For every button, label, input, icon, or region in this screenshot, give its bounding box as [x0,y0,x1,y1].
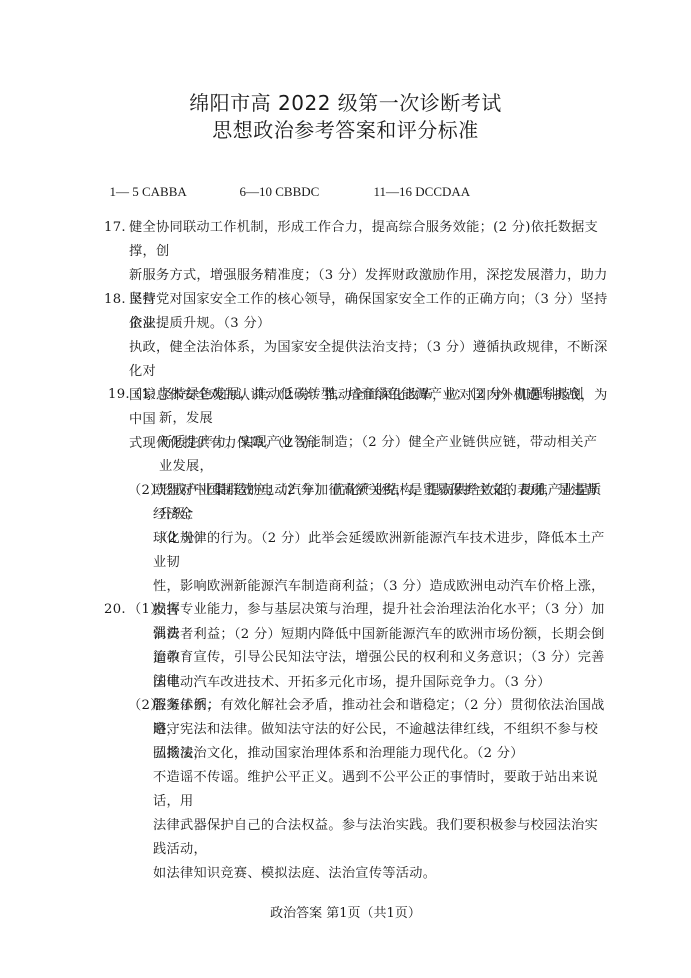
answer-text-part2: 答案示例： 遵守宪法和法律。做知法守法的好公民，不逾越法律红线，不组织不参与校园… [153,694,609,886]
answer-line: 执政，健全法治体系，为国家安全提供法治支持；（3 分）遵循执政规律，不断深化对 [129,336,609,384]
answer-line: 坚持党对国家安全工作的核心领导，确保国家安全工作的正确方向；（3 分）坚持依法 [129,288,609,336]
question-number: 20. [104,598,126,622]
question-number: 17. [104,216,126,240]
question-number: 18. [104,288,126,312]
choice-group-2: 6—10 CBBDC [240,184,374,200]
document-subtitle: 思想政治参考答案和评分标准 [0,114,691,143]
answer-line: 如法律知识竞赛、模拟法庭、法治宣传等活动。 [153,862,609,886]
answer-line: 坚持绿色发展，推动低碳转型，培育绿色能源产业；（2 分）加强科技创新，发展 [159,383,609,431]
choice-group-1: 1— 5 CABBA [110,184,240,200]
example-heading: 答案示例： [153,694,609,718]
document-title: 绵阳市高 2022 级第一次诊断考试 [0,87,691,116]
choice-answer: DCCDAA [415,184,470,200]
choice-group-3: 11—16 DCCDAA [374,184,471,200]
choice-answer: CABBA [142,184,187,200]
answer-line: 发挥专业能力，参与基层决策与治理，提升社会治理法治化水平；（3 分）加强法 [153,598,609,646]
choice-range: 1— 5 [110,184,139,200]
choice-answer: CBBDC [275,184,319,200]
answer-line: 法律武器保护自己的合法权益。参与法治实践。我们要积极参与校园法治实践活动， [153,814,609,862]
page-footer: 政治答案 第1页（共1页） [0,902,691,921]
choice-answers: 1— 5 CABBA6—10 CBBDC11—16 DCCDAA [103,168,470,200]
answer-line: 不造谣不传谣。维护公平正义。遇到不公平公正的事情时，要敢于站出来说话，用 [153,766,609,814]
question-number: 19. [108,383,130,407]
answer-line: 球化规律的行为。（2 分）此举会延缓欧洲新能源汽车技术进步，降低本土产业韧 [153,527,609,575]
answer-line: 治教育宣传，引导公民知法守法，增强公民的权利和义务意识；（3 分）完善法律 [153,646,609,694]
choice-range: 11—16 [374,184,413,200]
choice-range: 6—10 [240,184,273,200]
answer-line: 遵守宪法和法律。做知法守法的好公民，不逾越法律红线，不组织不参与校园欺凌， [153,718,609,766]
answer-line: 欧盟对中国制造的电动汽车加征高额关税，是贸易保护主义的表现，是违背经济全 [153,479,609,527]
answer-line: 健全协同联动工作机制，形成工作合力，提高综合服务效能；(2 分)依托数据支撑，创 [129,216,609,264]
answer-line: 新质生产力，实现产业智能制造；（2 分）健全产业链供应链，带动相关产业发展， [159,431,609,479]
